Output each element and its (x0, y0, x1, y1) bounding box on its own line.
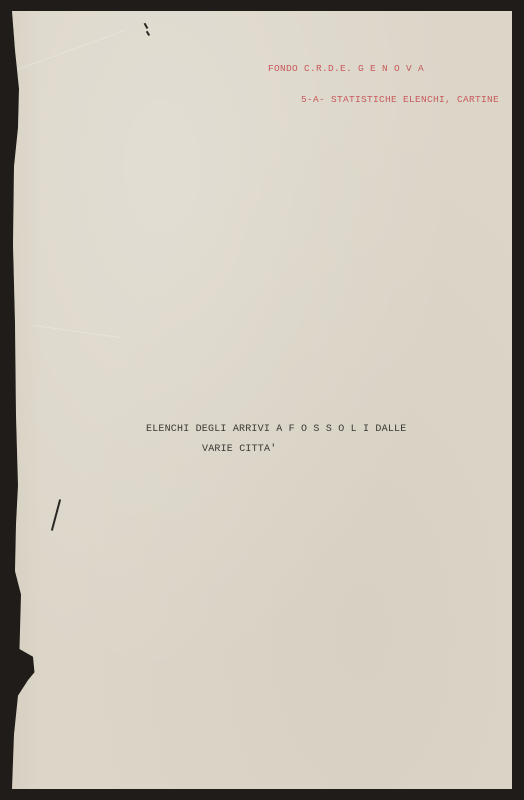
ink-mark (51, 499, 61, 530)
paper-crease (12, 30, 125, 72)
ink-mark (146, 31, 150, 36)
document-title-line1: ELENCHI DEGLI ARRIVI A F O S S O L I DAL… (146, 424, 406, 435)
document-page: FONDO C.R.D.E. G E N O V A 5-A- STATISTI… (12, 11, 512, 789)
paper-crease (32, 325, 121, 339)
ink-mark (144, 23, 148, 29)
archive-stamp-line1: FONDO C.R.D.E. G E N O V A (268, 63, 424, 74)
archive-stamp-line2: 5-A- STATISTICHE ELENCHI, CARTINE (301, 94, 499, 105)
document-title-line2: VARIE CITTA' (202, 444, 276, 455)
